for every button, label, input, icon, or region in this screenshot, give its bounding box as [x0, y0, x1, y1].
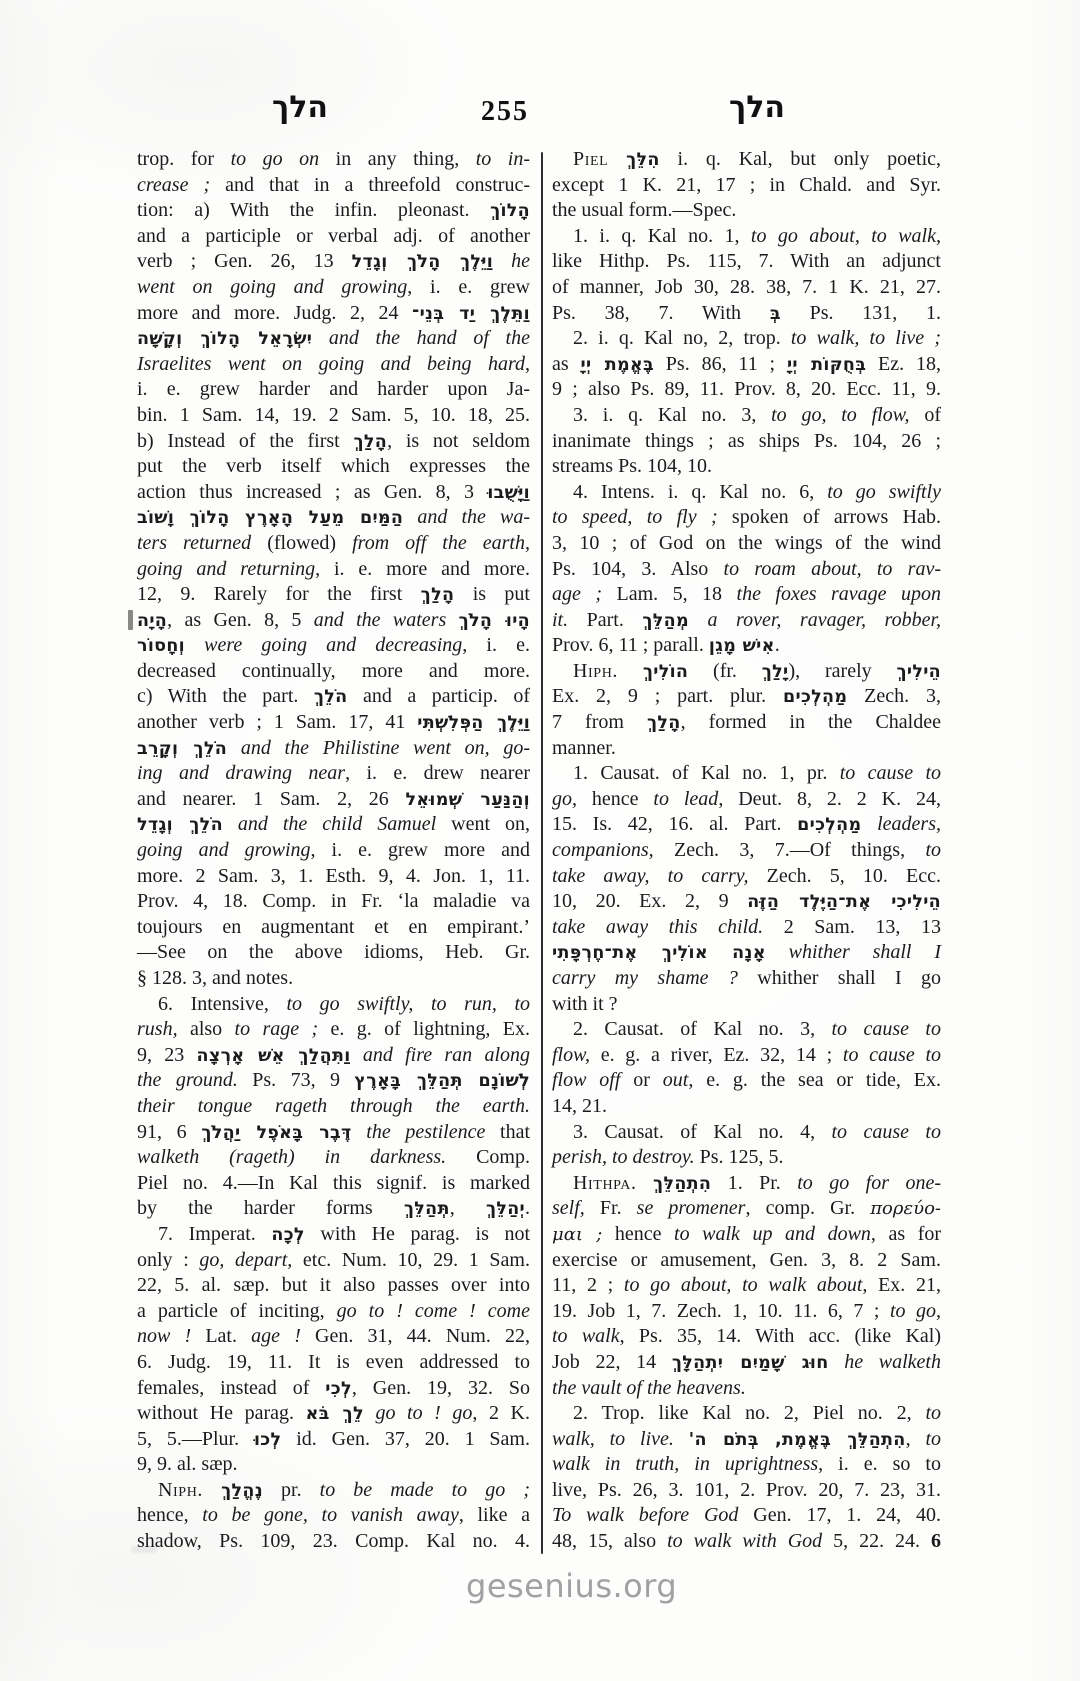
- text-line: b) Instead of the first הָלַךְ, is not s…: [137, 429, 530, 455]
- text-segment: , i. e.: [462, 634, 530, 656]
- text-line: went on going and growing, i. e. grew: [137, 275, 530, 301]
- text-segment: הָלַךְ: [647, 713, 681, 733]
- text-segment: to cause to: [832, 1121, 942, 1143]
- text-segment: females, instead of: [137, 1377, 325, 1399]
- text-line: action thus increased ; as Gen. 8, 3 וַי…: [137, 480, 530, 506]
- text-segment: rush,: [137, 1018, 178, 1040]
- text-segment: and nearer. 1 Sam. 2, 26: [137, 788, 406, 810]
- text-line: and nearer. 1 Sam. 2, 26 וְהַנַּעַר שְׁמ…: [137, 787, 530, 813]
- text-segment: to go about, to walk about: [624, 1274, 862, 1296]
- text-segment: (fr.: [688, 660, 762, 682]
- text-line: companions, Zech. 3, 7.—Of things, to: [552, 838, 941, 864]
- text-segment: carry my shame ?: [552, 967, 738, 989]
- text-segment: to: [925, 1402, 941, 1424]
- text-segment: exercise or amusement, Gen. 3, 8. 2 Sam.: [552, 1249, 941, 1271]
- text-segment: etc. Num. 10, 29. 1 Sam.: [292, 1249, 530, 1271]
- text-segment: to cause to: [840, 762, 941, 784]
- text-segment: to walk with God: [667, 1530, 822, 1552]
- text-segment: walk, to live.: [552, 1428, 674, 1450]
- text-line: rush, also to rage ; e. g. of lightning,…: [137, 1017, 530, 1043]
- text-segment: more and more. Judg. 2, 24: [137, 302, 412, 324]
- text-segment: Gen. 31, 44. Num. 22,: [301, 1325, 530, 1347]
- text-segment: flow,: [552, 1044, 590, 1066]
- text-segment: whither shall I: [789, 941, 941, 963]
- text-segment: , i. e. drew nearer: [345, 762, 530, 784]
- text-line: verb ; Gen. 26, 13 וַיֵּלֶךְ הָלֹךְ וְגָ…: [137, 249, 530, 275]
- text-line: הַמַּיִם מֵעַל הָאָרֶץ הָלוֹךְ וָשׁוֹב a…: [137, 505, 530, 531]
- text-segment: to in-: [476, 148, 530, 170]
- text-segment: וְחָסוֹר: [137, 636, 185, 656]
- text-segment: to walk up and down: [674, 1223, 871, 1245]
- text-segment: [185, 634, 204, 656]
- text-segment: 91, 6: [137, 1121, 201, 1143]
- text-segment: from off the earth,: [352, 532, 530, 554]
- text-line: going and growing, i. e. grew more and: [137, 838, 530, 864]
- text-segment: except 1 K. 21, 17 ; in Chald. and Syr.: [552, 174, 941, 196]
- text-segment: to be made to go ;: [320, 1479, 530, 1501]
- text-segment: verb ; Gen. 26, 13: [137, 250, 352, 272]
- text-line: 3, 10 ; of God on the wings of the wind: [552, 531, 941, 557]
- text-segment: as: [552, 353, 581, 375]
- text-segment: הָלַךְ: [353, 432, 387, 452]
- text-line: more and more. Judg. 2, 24 וַתֵּלֶךְ יַד…: [137, 301, 530, 327]
- text-segment: הִלֵּךְ: [626, 150, 660, 170]
- watermark: gesenius.org: [466, 1567, 677, 1605]
- text-segment: [403, 506, 417, 528]
- text-line: 3. i. q. Kal no. 3, to go, to flow, of: [552, 403, 941, 429]
- text-line: 22, 5. al. sæp. but it also passes over …: [137, 1273, 530, 1299]
- text-segment: were going and decreasing: [204, 634, 462, 656]
- text-segment: e. g. a river, Ez. 32, 14 ;: [590, 1044, 843, 1066]
- text-segment: trop. for: [137, 148, 231, 170]
- text-segment: without He parag.: [137, 1402, 306, 1424]
- text-segment: הוֹלִיךְ: [643, 662, 688, 682]
- text-segment: , Ex. 21,: [862, 1274, 941, 1296]
- text-segment: perish, to destroy.: [552, 1146, 695, 1168]
- text-line: 9 ; also Ps. 89, 11. Prov. 8, 20. Ecc. 1…: [552, 377, 941, 403]
- text-segment: תְּהַלֵּךְ: [404, 1199, 450, 1219]
- text-line: וְחָסוֹר were going and decreasing, i. e…: [137, 633, 530, 659]
- text-segment: לְכָה: [271, 1225, 304, 1245]
- text-segment: and a participle or verbal adj. of anoth…: [137, 225, 530, 247]
- text-segment: to: [925, 839, 941, 861]
- text-segment: 10, 20. Ex. 2, 9: [552, 890, 747, 912]
- text-segment: to go swiftly: [827, 481, 941, 503]
- text-segment: הָלַךְ: [421, 585, 455, 605]
- text-segment: their tongue rageth through the earth.: [137, 1095, 530, 1117]
- text-segment: Zech. 3, 7.—Of things,: [654, 839, 926, 861]
- text-segment: walketh (rageth) in darkness.: [137, 1146, 446, 1168]
- text-segment: bin. 1 Sam. 14, 19. 2 Sam. 5, 10. 18, 25…: [137, 404, 530, 426]
- text-line: carry my shame ? whither shall I go: [552, 966, 941, 992]
- text-line: to walk, Ps. 35, 14. With acc. (like Kal…: [552, 1324, 941, 1350]
- text-line: Hiph. הוֹלִיךְ (fr. יָלַךְ), rarely הֵיל…: [552, 659, 941, 685]
- text-segment: it.: [552, 609, 568, 631]
- text-line: as בֶּאֱמֶת יְיָ Ps. 86, 11 ; בְּחֻקּוֹת…: [552, 352, 941, 378]
- text-segment: ), rarely: [789, 660, 897, 682]
- text-segment: ,: [906, 1428, 926, 1450]
- text-segment: , i. e. grew more and: [311, 839, 530, 861]
- text-segment: [364, 1402, 376, 1424]
- text-segment: to rage ;: [235, 1018, 319, 1040]
- text-line: Piel no. 4.—In Kal this signif. is marke…: [137, 1171, 530, 1197]
- text-segment: [861, 813, 877, 835]
- text-segment: , 2 K.: [472, 1402, 530, 1424]
- text-line: 10, 20. Ex. 2, 9 הֵילִיכִי אֶת־הַיֶּלֶד …: [552, 889, 941, 915]
- text-line: 3. Causat. of Kal no. 4, to cause to: [552, 1120, 941, 1146]
- text-segment: [689, 609, 708, 631]
- text-segment: 1. Pr.: [711, 1172, 797, 1194]
- text-line: going and returning, i. e. more and more…: [137, 557, 530, 583]
- text-segment: הִתְהַלֵּךְ בֶּאֱמֶת, בְּתֹם ה': [689, 1430, 906, 1450]
- text-segment: , Ps. 35, 14. With acc. (like Kal): [620, 1325, 941, 1347]
- text-segment: with He parag. is not: [305, 1223, 530, 1245]
- scan-artifact: [128, 610, 133, 630]
- text-segment: 7 from: [552, 711, 647, 733]
- text-segment: to walk, to live ;: [791, 327, 941, 349]
- text-line: go, hence to lead, Deut. 8, 2. 2 K. 24,: [552, 787, 941, 813]
- text-segment: Lat.: [191, 1325, 251, 1347]
- text-segment: [351, 1044, 363, 1066]
- text-segment: go, depart,: [199, 1249, 292, 1271]
- left-column: trop. for to go on in any thing, to in-c…: [137, 147, 530, 1555]
- text-line: exercise or amusement, Gen. 3, 8. 2 Sam.: [552, 1248, 941, 1274]
- text-line: To walk before God Gen. 17, 1. 24, 40.: [552, 1503, 941, 1529]
- text-segment: Gen. 17, 1. 24, 40.: [738, 1504, 941, 1526]
- text-line: take away, to carry, Zech. 5, 10. Ecc.: [552, 864, 941, 890]
- text-segment: Ps. 125, 5.: [695, 1146, 784, 1168]
- text-line: 7 from הָלַךְ, formed in the Chaldee: [552, 710, 941, 736]
- text-segment: הֹלֵךְ וְקָרֵב: [137, 739, 227, 759]
- text-segment: [203, 1479, 221, 1501]
- text-segment: spoken of arrows Hab.: [718, 506, 941, 528]
- text-segment: going and returning: [137, 558, 315, 580]
- text-segment: a rover, ravager, robber,: [708, 609, 942, 631]
- text-segment: to go about, to walk,: [751, 225, 941, 247]
- text-line: 19. Job 1, 7. Zech. 1, 10. 11. 6, 7 ; to…: [552, 1299, 941, 1325]
- text-line: and a participle or verbal adj. of anoth…: [137, 224, 530, 250]
- text-segment: יְהַלֵּךְ: [486, 1199, 525, 1219]
- text-segment: pr.: [263, 1479, 320, 1501]
- text-segment: הַמַּיִם מֵעַל הָאָרֶץ הָלוֹךְ וָשׁוֹב: [137, 508, 403, 528]
- text-segment: , Gen. 19, 32. So: [352, 1377, 530, 1399]
- text-line: 48, 15, also to walk with God 5, 22. 24.…: [552, 1529, 941, 1555]
- text-line: tion: a) With the infin. pleonast. הָלוֹ…: [137, 198, 530, 224]
- text-segment: self,: [552, 1197, 585, 1219]
- text-segment: se promener: [637, 1197, 746, 1219]
- text-segment: to go, to flow,: [771, 404, 909, 426]
- text-line: Prov. 6, 11 ; parall. אִישׁ מָגֵן.: [552, 633, 941, 659]
- text-line: perish, to destroy. Ps. 125, 5.: [552, 1145, 941, 1171]
- text-line: μαι ; hence to walk up and down, as for: [552, 1222, 941, 1248]
- text-segment: go,: [552, 788, 577, 810]
- text-segment: whither shall I go: [738, 967, 941, 989]
- text-line: age ; Lam. 5, 18 the foxes ravage upon: [552, 582, 941, 608]
- text-line: manner.: [552, 736, 941, 762]
- text-segment: To walk before God: [552, 1504, 738, 1526]
- text-line: 6. Intensive, to go swiftly, to run, to: [137, 992, 530, 1018]
- text-segment: [493, 250, 511, 272]
- text-segment: c) With the part.: [137, 685, 314, 707]
- text-segment: 2 Sam. 13, 13: [763, 916, 941, 938]
- text-segment: [312, 327, 329, 349]
- text-segment: לְכוּ: [254, 1430, 281, 1450]
- text-segment: הָיוּ הָלֹךְ: [459, 611, 530, 631]
- text-segment: id. Gen. 37, 20. 1 Sam.: [281, 1428, 530, 1450]
- text-segment: go to !: [375, 1402, 440, 1424]
- text-segment: the foxes ravage upon: [737, 583, 941, 605]
- text-segment: 15. Is. 42, 16. al. Part.: [552, 813, 797, 835]
- text-line: אָנָה אוֹלִיךְ אֶת־חֶרְפָּתִי whither sh…: [552, 940, 941, 966]
- text-line: the vault of the heavens.: [552, 1376, 941, 1402]
- text-segment: הֹלֵךְ וְגָדֵל: [137, 815, 223, 835]
- text-segment: take away this child.: [552, 916, 763, 938]
- text-segment: Prov. 4, 18. Comp. in Fr. ‘la maladie va: [137, 890, 530, 912]
- text-segment: , i. e. grew: [407, 276, 530, 298]
- text-segment: § 128. 3, and notes.: [137, 967, 293, 989]
- text-segment: to go,: [890, 1300, 941, 1322]
- text-segment: , formed in the Chaldee: [681, 711, 941, 733]
- text-segment: וַיֵּלֶךְ הַפְּלִשְׁתִּי: [417, 713, 530, 733]
- text-line: 2. i. q. Kal no, 2, trop. to walk, to li…: [552, 326, 941, 352]
- text-segment: , Deut. 8, 2. 2 K. 24,: [718, 788, 941, 810]
- text-segment: 22, 5. al. sæp. but it also passes over …: [137, 1274, 530, 1296]
- text-line: trop. for to go on in any thing, to in-: [137, 147, 530, 173]
- text-segment: Fr.: [585, 1197, 637, 1219]
- text-line: toujours en augmentant et en empirant.’: [137, 915, 530, 941]
- text-line: the usual form.—Spec.: [552, 198, 941, 224]
- text-segment: Zech. 3,: [847, 685, 941, 707]
- text-segment: to lead: [653, 788, 718, 810]
- text-line: another verb ; 1 Sam. 17, 41 וַיֵּלֶךְ ה…: [137, 710, 530, 736]
- text-segment: אִישׁ מָגֵן: [709, 636, 775, 656]
- text-line: 12, 9. Rarely for the first הָלַךְ is pu…: [137, 582, 530, 608]
- text-segment: like Hithp. Ps. 115, 7. With an adjunct: [552, 250, 941, 272]
- text-segment: Ps. 73, 9: [238, 1069, 354, 1091]
- text-segment: μαι ;: [552, 1224, 602, 1245]
- text-segment: 14, 21.: [552, 1095, 607, 1117]
- text-segment: 12, 9. Rarely for the first: [137, 583, 421, 605]
- text-segment: [674, 1428, 689, 1450]
- text-line: Hithpa. הִתְהַלֵּךְ 1. Pr. to go for one…: [552, 1171, 941, 1197]
- text-segment: וַיֵּלֶךְ הָלֹךְ וְגָדֵל: [352, 252, 493, 272]
- text-segment: or: [620, 1069, 662, 1091]
- text-segment: 1. Causat. of Kal no. 1, pr.: [573, 762, 840, 784]
- text-segment: , like a: [459, 1504, 530, 1526]
- text-line: inanimate things ; as ships Ps. 104, 26 …: [552, 429, 941, 455]
- header-keyword-left: הלך: [250, 88, 350, 128]
- text-segment: לְשׁוֹנָם תְּהַלֵּךְ בָּאָרֶץ: [354, 1071, 530, 1091]
- text-segment: with it ?: [552, 993, 618, 1015]
- text-segment: 5, 22. 24.: [822, 1530, 931, 1552]
- text-line: יִשְׂרָאֵל הָלוֹךְ וְקָשָׁה and the hand…: [137, 326, 530, 352]
- text-segment: 3. i. q. Kal no. 3,: [573, 404, 771, 426]
- text-line: ing and drawing near, i. e. drew nearer: [137, 761, 530, 787]
- text-segment: manner.: [552, 737, 616, 759]
- text-line: crease ; and that in a threefold constru…: [137, 173, 530, 199]
- text-segment: ters returned: [137, 532, 251, 554]
- text-segment: [766, 941, 789, 963]
- text-line: now ! Lat. age ! Gen. 31, 44. Num. 22,: [137, 1324, 530, 1350]
- text-segment: inanimate things ; as ships Ps. 104, 26 …: [552, 430, 941, 452]
- text-segment: 19. Job 1, 7. Zech. 1, 10. 11. 6, 7 ;: [552, 1300, 890, 1322]
- text-segment: , comp. Gr.: [745, 1197, 870, 1219]
- text-segment: and the waters: [314, 609, 446, 631]
- page-number: 255: [455, 95, 555, 129]
- text-segment: 4. Intens. i. q. Kal no. 6,: [573, 481, 827, 503]
- text-segment: e. g. of lightning, Ex.: [318, 1018, 530, 1040]
- text-line: Ex. 2, 9 ; part. plur. מַהְלְכִים Zech. …: [552, 684, 941, 710]
- text-segment: —See on the above idioms, Heb. Gr.: [137, 941, 530, 963]
- text-segment: Ex. 2, 9 ; part. plur.: [552, 685, 783, 707]
- right-column: Piel הִלֵּךְ i. q. Kal, but only poetic,…: [552, 147, 941, 1555]
- text-line: § 128. 3, and notes.: [137, 966, 530, 992]
- text-line: Niph. נֶהֱלַךְ pr. to be made to go ;: [137, 1478, 530, 1504]
- text-segment: hence,: [137, 1504, 202, 1526]
- text-segment: and the Philistine went on, go-: [241, 737, 530, 759]
- text-segment: Niph.: [158, 1479, 203, 1501]
- text-segment: 2. i. q. Kal no, 2, trop.: [573, 327, 791, 349]
- text-line: 2. Causat. of Kal no. 3, to cause to: [552, 1017, 941, 1043]
- text-segment: [441, 1402, 453, 1424]
- text-line: bin. 1 Sam. 14, 19. 2 Sam. 5, 10. 18, 25…: [137, 403, 530, 429]
- text-segment: יָלַךְ: [762, 662, 789, 682]
- text-segment: the vault of the heavens.: [552, 1377, 746, 1399]
- text-segment: out: [663, 1069, 689, 1091]
- text-segment: in any thing,: [319, 148, 476, 170]
- text-segment: walk in truth, in uprightness: [552, 1453, 818, 1475]
- text-line: only : go, depart, etc. Num. 10, 29. 1 S…: [137, 1248, 530, 1274]
- text-line: 11, 2 ; to go about, to walk about, Ex. …: [552, 1273, 941, 1299]
- text-segment: וַתֵּלֶךְ יַד בְּנֵי־: [412, 304, 530, 324]
- text-segment: also: [178, 1018, 235, 1040]
- text-segment: .: [525, 1197, 530, 1219]
- text-line: 7. Imperat. לְכָה with He parag. is not: [137, 1222, 530, 1248]
- text-segment: מַהְלְכִים: [797, 815, 861, 835]
- text-segment: to walk: [552, 1325, 620, 1347]
- text-segment: Part.: [568, 609, 642, 631]
- text-segment: בְּ: [770, 304, 781, 324]
- text-segment: to cause to: [832, 1018, 942, 1040]
- text-segment: decreased continually, more and more.: [137, 660, 530, 682]
- text-line: a particle of inciting, go to ! come ! c…: [137, 1299, 530, 1325]
- text-line: females, instead of לְכִי, Gen. 19, 32. …: [137, 1376, 530, 1402]
- text-segment: Hithpa.: [573, 1172, 637, 1194]
- text-segment: 6. Judg. 19, 11. It is even addressed to: [137, 1351, 530, 1373]
- text-segment: .: [775, 634, 780, 656]
- text-line: 14, 21.: [552, 1094, 941, 1120]
- text-segment: Ps. 38, 7. With: [552, 302, 770, 324]
- text-segment: 2. Causat. of Kal no. 3,: [573, 1018, 832, 1040]
- text-segment: ,: [450, 1197, 486, 1219]
- text-segment: of manner, Job 30, 28. 38, 7. 1 K. 21, 2…: [552, 276, 941, 298]
- text-segment: and that in a threefold construc-: [210, 174, 530, 196]
- text-segment: the ground.: [137, 1069, 238, 1091]
- text-segment: to speed, to fly ;: [552, 506, 718, 528]
- text-line: walketh (rageth) in darkness. Comp.: [137, 1145, 530, 1171]
- text-line: ters returned (flowed) from off the eart…: [137, 531, 530, 557]
- text-segment: by the harder forms: [137, 1197, 404, 1219]
- text-line: without He parag. לֵךְ בֹּא go to ! go, …: [137, 1401, 530, 1427]
- text-segment: , is not seldom: [387, 430, 530, 452]
- text-segment: that: [485, 1121, 530, 1143]
- text-segment: [618, 660, 643, 682]
- text-segment: 7. Imperat.: [158, 1223, 271, 1245]
- text-segment: to: [925, 1428, 941, 1450]
- text-segment: 5, 5.—Plur.: [137, 1428, 254, 1450]
- text-segment: 3, 10 ; of God on the wings of the wind: [552, 532, 941, 554]
- text-line: their tongue rageth through the earth.: [137, 1094, 530, 1120]
- text-segment: 48, 15, also: [552, 1530, 667, 1552]
- text-line: of manner, Job 30, 28. 38, 7. 1 K. 21, 2…: [552, 275, 941, 301]
- text-line: Job 22, 14 חוּג שָׁמַיִם יִתְהַלָּךְ he …: [552, 1350, 941, 1376]
- text-segment: [446, 609, 458, 631]
- text-line: flow off or out, e. g. the sea or tide, …: [552, 1068, 941, 1094]
- text-line: put the verb itself which expresses the: [137, 454, 530, 480]
- text-segment: flow off: [552, 1069, 620, 1091]
- text-segment: הִתְהַלֵּךְ: [653, 1174, 711, 1194]
- text-segment: more. 2 Sam. 3, 1. Esth. 9, 4. Jon. 1, 1…: [137, 865, 530, 887]
- text-line: except 1 K. 21, 17 ; in Chald. and Syr.: [552, 173, 941, 199]
- text-line: self, Fr. se promener, comp. Gr. πορεύο-: [552, 1196, 941, 1222]
- text-line: 9, 9. al. sæp.: [137, 1452, 530, 1478]
- text-segment: is put: [454, 583, 530, 605]
- text-segment: הָלוֹךְ: [490, 201, 530, 221]
- text-line: הֹלֵךְ וְקָרֵב and the Philistine went o…: [137, 736, 530, 762]
- text-segment: לְכִי: [325, 1379, 352, 1399]
- text-segment: Hiph.: [573, 660, 618, 682]
- text-segment: [608, 148, 626, 170]
- text-segment: 9, 9. al. sæp.: [137, 1453, 238, 1475]
- column-divider-rule: [541, 152, 543, 1554]
- text-segment: Piel no. 4.—In Kal this signif. is marke…: [137, 1172, 530, 1194]
- text-segment: take away, to carry,: [552, 865, 749, 887]
- lexicon-page: הלך 255 הלך trop. for to go on in any th…: [0, 0, 1080, 1681]
- text-segment: 11, 2 ;: [552, 1274, 624, 1296]
- text-segment: going and growing: [137, 839, 311, 861]
- text-line: 2. Trop. like Kal no. 2, Piel no. 2, to: [552, 1401, 941, 1427]
- text-line: 4. Intens. i. q. Kal no. 6, to go swiftl…: [552, 480, 941, 506]
- text-segment: Piel: [573, 148, 608, 170]
- text-segment: a particle of inciting,: [137, 1300, 337, 1322]
- text-line: by the harder forms תְּהַלֵּךְ, יְהַלֵּך…: [137, 1196, 530, 1222]
- text-line: flow, e. g. a river, Ez. 32, 14 ; to cau…: [552, 1043, 941, 1069]
- text-segment: to go swiftly, to run, to: [287, 993, 531, 1015]
- text-segment: בְּחֻקּוֹת יְיָ: [787, 355, 866, 375]
- text-segment: 9 ; also Ps. 89, 11. Prov. 8, 20. Ecc. 1…: [552, 378, 941, 400]
- text-segment: [223, 813, 238, 835]
- text-segment: [829, 1351, 845, 1373]
- text-segment: Ps. 104, 3. Also: [552, 558, 724, 580]
- text-segment: leaders,: [877, 813, 941, 835]
- text-segment: הָיָה: [137, 611, 167, 631]
- text-segment: Ps. 86, 11 ;: [654, 353, 787, 375]
- text-segment: הֵילִיכִי אֶת־הַיֶּלֶד הַזֶּה: [747, 892, 941, 912]
- text-segment: , as Gen. 8, 5: [167, 609, 314, 631]
- text-segment: הֹלֵךְ: [314, 687, 348, 707]
- text-line: Ps. 104, 3. Also to roam about, to rav-: [552, 557, 941, 583]
- text-segment: of: [910, 404, 941, 426]
- text-segment: i. q. Kal, but only poetic,: [660, 148, 941, 170]
- text-segment: live, Ps. 26, 3. 101, 2. Prov. 20, 7. 23…: [552, 1479, 941, 1501]
- text-line: decreased continually, more and more.: [137, 659, 530, 685]
- text-segment: go: [452, 1402, 472, 1424]
- text-segment: , as for: [871, 1223, 941, 1245]
- text-line: 1. Causat. of Kal no. 1, pr. to cause to: [552, 761, 941, 787]
- text-segment: to be gone, to vanish away: [202, 1504, 459, 1526]
- text-segment: ,: [525, 353, 530, 375]
- text-segment: to cause to: [843, 1044, 941, 1066]
